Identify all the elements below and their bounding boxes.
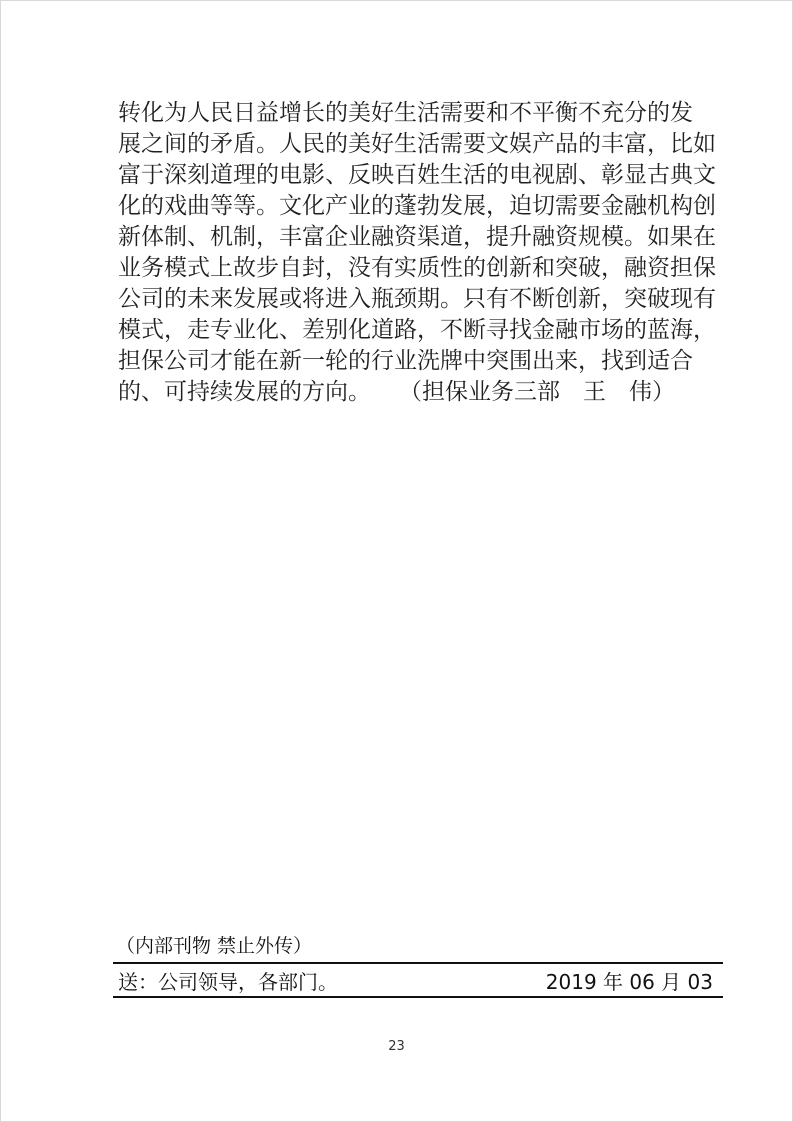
body-text-line: 公司的未来发展或将进入瓶颈期。只有不断创新，突破现有 [118, 284, 675, 315]
body-text-line: 转化为人民日益增长的美好生活需要和不平衡不充分的发 [118, 98, 675, 129]
body-text-line: 展之间的矛盾。人民的美好生活需要文娱产品的丰富，比如 [118, 129, 675, 160]
issue-date: 2019 年 06 月 03 [546, 966, 713, 995]
distribution-row: 送：公司领导，各部门。 2019 年 06 月 03 [113, 964, 723, 996]
distribution-list: 送：公司领导，各部门。 [118, 966, 338, 995]
body-text-line: 担保公司才能在新一轮的行业洗牌中突围出来，找到适合 [118, 346, 675, 377]
closing-sentence: 的、可持续发展的方向。 [118, 377, 371, 408]
author-attribution: （担保业务三部 王 伟） [399, 377, 675, 408]
body-text-last-line: 的、可持续发展的方向。 （担保业务三部 王 伟） [118, 377, 675, 408]
footer-rule-bottom [113, 996, 723, 998]
document-page: 转化为人民日益增长的美好生活需要和不平衡不充分的发 展之间的矛盾。人民的美好生活… [0, 0, 793, 1122]
body-text-line: 富于深刻道理的电影、反映百姓生活的电视剧、彰显古典文 [118, 160, 675, 191]
body-text-line: 化的戏曲等等。文化产业的蓬勃发展，迫切需要金融机构创 [118, 191, 675, 222]
page-number: 23 [0, 1039, 793, 1054]
body-text-line: 业务模式上故步自封，没有实质性的创新和突破，融资担保 [118, 253, 675, 284]
body-text-line: 新体制、机制，丰富企业融资渠道，提升融资规模。如果在 [118, 222, 675, 253]
body-paragraph: 转化为人民日益增长的美好生活需要和不平衡不充分的发 展之间的矛盾。人民的美好生活… [118, 98, 675, 408]
body-text-line: 模式，走专业化、差别化道路，不断寻找金融市场的蓝海， [118, 315, 675, 346]
internal-publication-notice: （内部刊物 禁止外传） [116, 933, 312, 959]
